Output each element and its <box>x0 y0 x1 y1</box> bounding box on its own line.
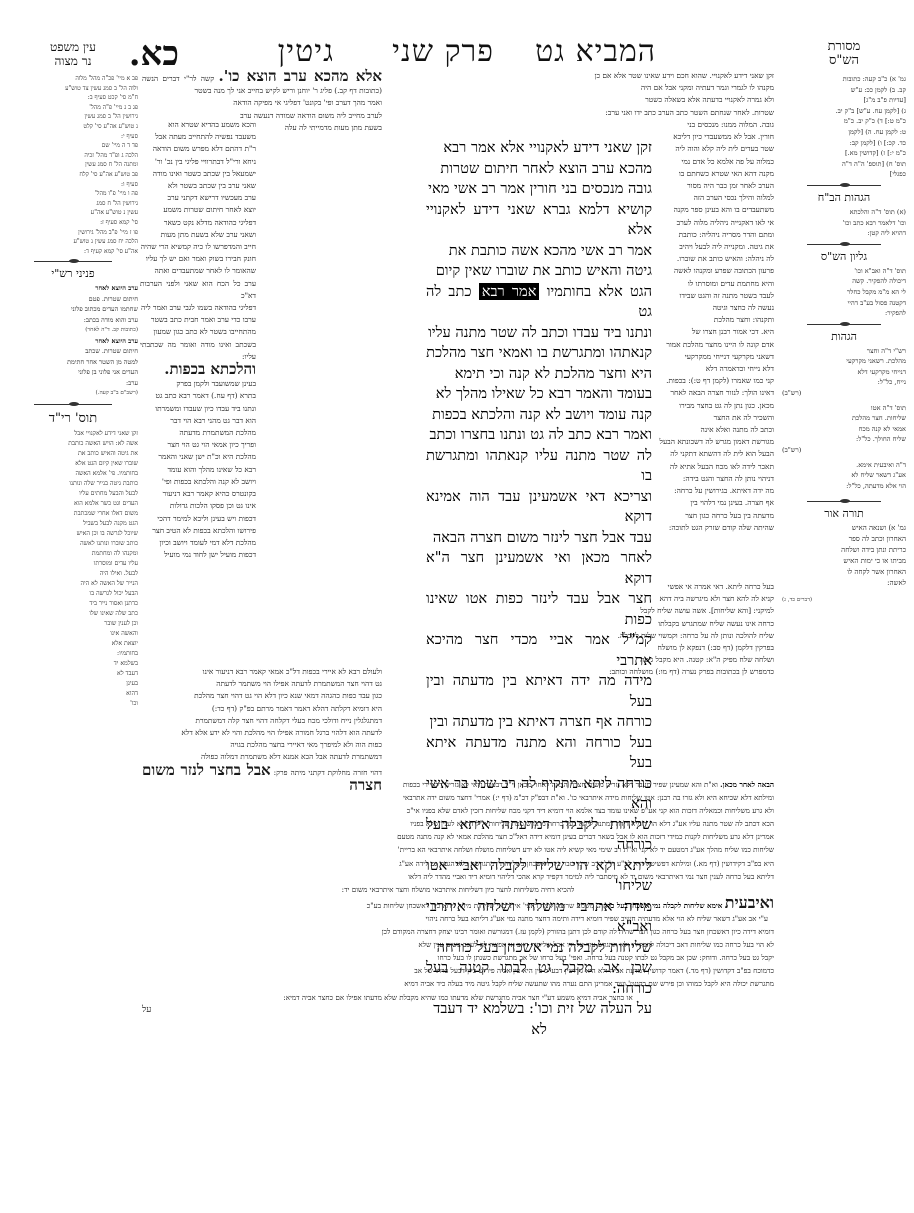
ein-mishpat-line: גירושין הל' ב סמג עשין <box>8 112 138 122</box>
tosafot-rid-line: משום דאלו אחרי שמכתבת <box>8 509 138 519</box>
ornament-divider <box>807 501 881 503</box>
tosafot-line: והכא משמע בהדיא שטרא הוא <box>140 119 256 131</box>
gemara-line: קושיא דלמא גברא שאני דידע לאקנויי אלא <box>426 200 652 241</box>
pninei-rashi-line: למטה מן השטר אחר חתימת <box>8 357 138 368</box>
tosafot-line: מהתחייבו בשטר לא כתב כגון שמעון <box>140 326 256 338</box>
hagahot-line: דנייחי מקרקעי דלא <box>782 367 906 378</box>
tosafot-rid-line: כתב שלה שאינו שלו <box>8 609 138 619</box>
tosafot-line: ערבו כדי ערב ואמר חבית כתב בשטר <box>140 314 256 326</box>
gemara-line: בעל כורחה והא מתנה מדעתה איתא בעל <box>426 733 652 774</box>
ein-mishpat-line: ומתנה הל' ח סמג עשין <box>8 160 138 170</box>
tosafot-line: ר"ת דהתם דלא מפרש משום הודאה <box>140 143 256 155</box>
tosafot-line: מתגרשת יכולה היא לקבל כמוהו וכן פירש שם … <box>142 977 774 990</box>
tractate-name: גיטין <box>278 34 334 69</box>
rashi-line: שהיתה שלה קודם שזרק הגט לתוכה: <box>659 522 774 534</box>
gemara-line: קנאתהו ומתגרשת בו ואמאי חצר מהלכת <box>426 343 652 364</box>
tosafot-line: דפליגי בהודאה בשמו לגבי ערב ואמר ליה <box>140 302 256 314</box>
ein-mishpat-line: ח"מ סי' קכט סעיף ב: <box>8 93 138 103</box>
hagahot-line: מהלכת. רשאני מקרקעי <box>782 356 906 367</box>
ein-mishpat-line: פד ד ה מיי' שם <box>8 141 138 151</box>
hagahot-title: הגהות <box>782 330 906 343</box>
tosafot-rid-line: לבעל והבעל מחתים עליו <box>8 489 138 499</box>
rashi-line: וכתב לה מתנה ואלא אינה <box>659 424 774 436</box>
tosafot-rid-line: כדתנן ואסור נייר ביד <box>8 599 138 609</box>
gemara-line: מהכא ערב הוצא לאחר חיתום שטרות <box>426 159 652 180</box>
tosafot-rid-line: והאשה אינו <box>8 629 138 639</box>
masoret-line: ג) [לקמן עח. ע"ש] ב"ק יב. <box>782 106 906 117</box>
ein-mishpat-line: פג ב ג מיי' פ"ה מהל' <box>8 103 138 113</box>
tosafot-line: אמרינן דלא גרע משליחות לקנות כמידי דזכות… <box>142 830 774 843</box>
tosafot-rid-line: וכן לענין שובר <box>8 619 138 629</box>
tosafot-line: מהלכת המשתמרת מדעתה <box>140 427 256 439</box>
tosafot-line: הבאה לאחר מכאן. וא"ת והא שמעינן שפיר מעב… <box>142 778 774 791</box>
hagahot-line: אמאי לא קנה מכח <box>782 424 906 435</box>
tosafot-rid-line: כותבת גיטה בנייר שלה ונותנו <box>8 479 138 489</box>
tosafot-commentary-full: הבאה לאחר מכאן. וא"ת והא שמעינן שפיר מעב… <box>142 778 774 1017</box>
tosafot-line: לא הוי בעל כרחה כמו שליחות דאב דיכולה לה… <box>142 938 774 951</box>
rashi-line: והיא מחתמת עדים ומוסרתו לו <box>659 278 774 290</box>
torah-or-line: לאשה: <box>782 578 906 589</box>
tosafot-rid-line: שיוכל לגרשה בו וכן האיש <box>8 529 138 539</box>
tosafot-rid-line: ומקנהו לה ומחתמת <box>8 549 138 559</box>
tosafot-line: אינו גט וכן פסקו הלכות גדולות <box>140 500 256 512</box>
tosafot-rid-line: העדים וגט כשר אלמא הוא <box>8 499 138 509</box>
ornament-divider <box>34 404 112 406</box>
tosafot-rid-line: הנייר של האשה לא היה <box>8 579 138 589</box>
ein-mishpat-line: סי' קמא סעיף ז: <box>8 218 138 228</box>
hagahot-habach-title: הגהות הב"ח <box>782 191 906 204</box>
tosafot-line: ושאני ערב שלא בשעת מתן מעות <box>140 229 256 241</box>
rashi-line: כמלוה על פה אלמא כל אדם נמי <box>659 156 774 168</box>
gemara-line: לא <box>426 1020 652 1041</box>
pninei-rashi-line: העדים אני פלוני בן פלוני <box>8 367 138 378</box>
ein-mishpat-list: פב א מיי' פכ"ה מהל' מלוה ולוה הל' ב סמג … <box>8 74 138 256</box>
hagahot-line: שליחות. חצר מהלכת <box>782 413 906 424</box>
ornament-divider <box>34 261 112 263</box>
rashi-line: מקנהו לו לגמרי וגמר דעתיה ומקני אבל אם ה… <box>534 82 774 94</box>
tosafot-rid-line: עליו עדים ומוסרתו <box>8 559 138 569</box>
pninei-rashi-line: ערב: <box>8 378 138 389</box>
rashi-commentary: זקן שאני דידע לאקנויי. שהוא חכם וידע שאי… <box>534 70 774 119</box>
rashi-line: היא. דכי אמור רבנן חצרו של <box>659 326 774 338</box>
ornament-divider <box>807 324 881 326</box>
rashi-line: מה ידה דאיתא. בגירושין על כרחה: <box>659 485 774 497</box>
tosafot-rid-line: דעבד לא <box>8 669 138 679</box>
rashi-line: משתעבדים בו והא בעינן ספר מקנה <box>659 204 774 216</box>
gilyon-title: גליון הש"ס <box>782 250 906 263</box>
gemara-line: ונתנו ביד עבדו וכתב לה שטר מתנה עליו <box>426 323 652 344</box>
rashi-line: מקנה דהא האי שטרא כשחתם בו <box>659 168 774 180</box>
tosafot-line: דפליגי כהודאה מדלא נקט כשאר <box>140 217 256 229</box>
gemara-line: זקן שאני דידע לאקנויי אלא אמר רבא <box>426 138 652 159</box>
pninei-rashi-line: שחתמו העדים מכתוב פלוני <box>8 304 138 315</box>
tosafot-line: ערב כל הכח הוא שאני ולפני הערבות דא"כ <box>140 278 256 302</box>
tosafot-line: שאני ערב בין שכתב בשטר ולא <box>140 180 256 192</box>
tosafot-line: לדעתה הוא דלהוי ברגל חמורה אפילו הוי מהל… <box>142 727 382 739</box>
masoret-line: תוס' ח) [תוספ' ה"ה ד"ה <box>782 159 906 170</box>
tosafot-commentary-bottom: ולעולם רבא לא איירי בכפות דל"כ אמאי קאמר… <box>142 666 382 794</box>
tosafot-rid-line: שוברו שאין קיום הגט אלא <box>8 459 138 469</box>
torah-or-title: תורה אור <box>782 507 906 520</box>
ein-mishpat-line: עשין נ טוש"ע אה"ע <box>8 208 138 218</box>
tosafot-line: שהאומר לו לאחר שמתעבדים ואתה <box>140 265 256 277</box>
gemara-line: גובה מנכסים בני חורין אמר רב אשי מאי <box>426 179 652 200</box>
torah-or-line: מביתו או כי ימות האיש <box>782 556 906 567</box>
rashi-line: דניהוי נותן לה החצר והגט בידה: <box>659 473 774 485</box>
talmud-page: המביא גט פרק שני גיטין כא. מסורת הש"ס גמ… <box>0 0 914 1213</box>
gemara-line: כורחה אף חצרה דאיתא בין מדעתה ובין <box>426 712 652 733</box>
rashi-line: ותקנהו: וחצר מהלכת <box>659 314 774 326</box>
tosafot-rid-line: בחותמיו: <box>8 649 138 659</box>
rashi-line: דלא נייחי וכדאמרה דלא <box>659 363 774 375</box>
hagahot-line: נייח, כל"ל: <box>782 377 906 388</box>
tosafot-line: היא בפ"ב דקידושין (דף מא.) ומילתא דפשיטא… <box>142 857 774 870</box>
gemara-line: גיטה והאיש כותב את שוברו שאין קיום <box>426 261 652 282</box>
ein-mishpat-line: פב א מיי' פכ"ה מהל' מלוה <box>8 74 138 84</box>
chapter-name: המביא גט <box>535 34 656 69</box>
tosafot-line: חונק חבירו בשוק ואמר ואם יש לך עליו <box>140 253 256 265</box>
hagahot-habach-line: (א) תוס' ד"ה והלכתא <box>782 207 906 218</box>
rashi-line: פרעון הכתובה שפרע ומקנהו לאשה <box>659 265 774 277</box>
hagahot-line: רש"י ד"ה וחצר <box>782 346 906 357</box>
gilyon-line: דקטנה פסול בע"ב דהיי <box>782 298 906 309</box>
gilyon-line: להפקיר: <box>782 308 906 319</box>
pninei-rashi-line: חיתום שטרות. פטם <box>8 294 138 305</box>
tosafot-rid-line: וכו' <box>8 699 138 709</box>
tosafot-line: דכפות מועיל ישן לחוד נמי מועיל <box>140 549 256 561</box>
rashi-line: ומתם והדר מסריה ניהליה: כותבת <box>659 229 774 241</box>
ein-mishpat-line: סעיף ו: <box>8 180 138 190</box>
ein-mishpat-line: הלכה ג ופ"ד מהל' זכיה <box>8 151 138 161</box>
tosafot-line: דליתא בעל כרחה לענין חצר נמי דאיתרבאי מש… <box>142 870 774 883</box>
masoret-list: גמ' א) כ"ב קעה: כתובות קב. ב) לקמן ככ: ע… <box>782 74 906 180</box>
tosafot-line: והלכתא בכפות. <box>140 363 256 378</box>
rashi-line: ולא גמרה לאקנויי בדעתה אלא בשאלה כשטר <box>534 94 774 106</box>
tosafot-line: גט דהוי חצר המשתמרת לדעתה אפילו הוי משתמ… <box>142 678 382 690</box>
rashi-line: דשאני מקרקעי דנייחי ממקרקעי <box>659 351 774 363</box>
hagahot-line: (רש"ב) <box>782 388 906 399</box>
tosafot-rid-line: בשלמא יד <box>8 659 138 669</box>
tosafot-line: בקונטרס כהיא קאמר רבא דניעור <box>140 488 256 500</box>
tosafot-heading: הבאה לאחר מכאן. <box>720 780 774 789</box>
tosafot-line: ע"י אב אע"ג דשאר שליח לא הוי אלא מדעתיה … <box>142 912 774 925</box>
tosafot-line: ויושב לא קנה והלכתא בכפות ופי' <box>140 476 256 488</box>
tosafot-line: ונתנו ביד עבדו כיון שעבדו ומשמרתו <box>140 403 256 415</box>
hagahot-line: ד"ה ואיבעית אימא. <box>782 460 906 471</box>
tosafot-line: דמתגלגלין נייח ודולכי מכח בעלי דקלחה דהו… <box>142 715 382 727</box>
tosafot-line: בתרא (דף עח.) דאמר רבא כתב גט <box>140 390 256 402</box>
gilyon-line: דיכולה להפקיר. קשה <box>782 276 906 287</box>
tosafot-line: ערב מעכשיו דרישא דקתני ערב <box>140 192 256 204</box>
hagahot-habach-line: וכו' דלאמר רבא כתב וכו' <box>782 218 906 229</box>
pninei-rashi-line: חיתום שטרות. שכתב <box>8 346 138 357</box>
tosafot-rid-line: את גיטה והאיש כותב את <box>8 449 138 459</box>
ein-mishpat-line: סעיף י: <box>8 132 138 142</box>
ein-mishpat-line: פה ו מיי' פ"ו מהל' <box>8 189 138 199</box>
ein-mishpat-title: עין משפט נר מצוה <box>8 40 138 68</box>
tosafot-line: מהלכת דלא דמי לעומד ויושב וכיון <box>140 537 256 549</box>
rashi-line: אדם קונה לו היינו מחצר מהלכת אמור <box>659 339 774 351</box>
tosafot-line: דומיא דידה כיון דאשכחן חצר בעל כרחה כגון… <box>142 925 774 938</box>
tosafot-rid-title: תוס' רי"ד <box>8 410 138 426</box>
tosafot-line: כדמוכח בפ"ב דקדושין (דף מד.) דאמר קדושין… <box>142 964 774 977</box>
masoret-line: [עדיות פ"ב מ"ג] <box>782 95 906 106</box>
tosafot-line: שליחות כמו שליח מהלך אע"ג דמטעם יד לא קנ… <box>142 843 774 856</box>
rashi-line: הבעל הוא לית לה דהשתא דתקני לה <box>659 448 774 460</box>
hagahot-line: שליח החולך. כל"ל: <box>782 434 906 445</box>
gemara-line: קנה עומד ויושב לא קנה והלכתא בכפות <box>426 405 652 426</box>
ein-mishpat-line: פב טוש"ע אה"ע סי' קלח <box>8 170 138 180</box>
tosafot-line: ולעולם רבא לא איירי בכפות דל"כ אמאי קאמר… <box>142 666 382 678</box>
tosafot-line: להכיא רחיה משליחות לחצר כיון דשליחות אית… <box>142 883 774 896</box>
hagahot-line: (רש"ב) <box>782 445 906 456</box>
rashi-line: תאכר לידה לאו מכח הבעל אתיא לה <box>659 461 774 473</box>
torah-or-line: האחרון אשר לקחה לו <box>782 567 906 578</box>
tosafot-line: היא דומיא דקלתה דהלא דאמר דאמר מרתם בפ"ק… <box>142 703 382 715</box>
masoret-line: כד. קכ:] ו) [לקמן קב: <box>782 138 906 149</box>
gemara-line: אמר רב אשי מהכא אשה כותבת את <box>426 241 652 262</box>
tosafot-rid-line: זקן שאני דידע לאקנויי אבל <box>8 429 138 439</box>
gemara-line: מידה מה ידה דאיתא בין מדעתה ובין בעל <box>426 671 652 712</box>
gemara-line: עבד אבל חצר לינזר משום חצרה הבאה <box>426 528 652 549</box>
gemara-line: היא וחצר מהלכת לא קנה וכי תימא <box>426 364 652 385</box>
tosafot-line: ופריך כיון אמאי הוי גט הוי חצר <box>140 439 256 451</box>
pninei-rashi-line: ערב היוצא לאחר <box>8 283 138 294</box>
gemara-line: קמ"ל אמר אביי מכדי חצר מהיכא אתרבי <box>426 630 652 671</box>
tosafot-line: ואמר מהך דערב ופי' בקונט' דפליגי אי מפיק… <box>142 97 382 109</box>
rashi-line: מכאן. כגון נתן לה גט בחצר מבירו <box>659 400 774 412</box>
rashi-line: למלוה והילך נכסי הערב הזה <box>659 192 774 204</box>
tosafot-line: משעבד נפשיה להתחייב מעתה אבל <box>140 131 256 143</box>
pninei-rashi-ref: (כתובות קב. ד"ה לאחר) <box>8 325 138 336</box>
pninei-rashi-line: ערב והוא מודה בכתב: <box>8 315 138 326</box>
tosafot-rid-line: הבעל יכול לגרשה בו <box>8 589 138 599</box>
hagahot-line: אע"ג דשאר שליח לא <box>782 470 906 481</box>
gemara-line: הגט אלא בחותמיו אמר רבא כתב לה גט <box>426 282 652 323</box>
rashi-line: מדעתה בין בעל כרחה כגון חצר <box>659 510 774 522</box>
tosafot-rid-line: הגט מקנה לבעל בשביל <box>8 519 138 529</box>
masoret-line: גמ' א) כ"ב קעה: כתובות <box>782 74 906 85</box>
ornament-divider <box>807 244 881 246</box>
masoret-line: כ"מ ט:] ד) כ"ק יב. כ"מ <box>782 116 906 127</box>
rashi-line: גובה. המלוה ממנו: מנכסים בני <box>659 119 774 131</box>
ein-mishpat-line: נ טוש"ע אה"ע סי' קלט <box>8 122 138 132</box>
rashi-line: את גיטה. ומקנייה ליה לבעל ויהיב <box>659 241 774 253</box>
rashi-line: אי לאו דאקנייה ניהליה מלוה לערב <box>659 217 774 229</box>
tosafot-line: כפות הוה ולא למיפרך מאי דאיירי בחצר מהלכ… <box>142 739 382 751</box>
masoret-line: ט: לקמן עח. ה) [לקמן <box>782 127 906 138</box>
tosafot-line: פירושו והלכתא בכפות לא הטיב חצר <box>140 525 256 537</box>
tosafot-line: ולא גרע משליחות וכמאליה דזכות הוא קני אע… <box>142 804 774 817</box>
rashi-line: קני כמו שאמרו (לקמן דף ט:): בכפות. <box>659 375 774 387</box>
gemara-line: לאחר מכאן ואי אשמעינן חצר ה"א דוקא <box>426 548 652 589</box>
tosafot-line: בעינן שמשועבד ולקמן בפרק <box>140 378 256 390</box>
tosafot-rid-line: כותב שוברו ונותנו לאשה <box>8 539 138 549</box>
ein-mishpat-line: אה"ע סי' קמא קעיף ד: <box>8 247 138 257</box>
tosafot-rid-line: יוצאת אלא <box>8 639 138 649</box>
gilyon-line: תוס' ד"ה ואב"א וכו' <box>782 266 906 277</box>
tosafot-line: ואיבעית אימא שליחות לקבלה נמי אשכחן בעל … <box>142 896 774 912</box>
pninei-rashi-title: פניני רש"י <box>8 267 138 280</box>
tosafot-line: אלא מהכא ערב הוצא כו'. קשה לר"י דברים הנ… <box>142 70 382 97</box>
left-margin: עין משפט נר מצוה פב א מיי' פכ"ה מהל' מלו… <box>8 40 138 709</box>
right-margin: מסורת הש"ס גמ' א) כ"ב קעה: כתובות קב. ב)… <box>782 40 906 606</box>
gemara-line: ואמר רבא כתב לה גט ונתנו בחצרו וכתב <box>426 425 652 446</box>
hagahot-line: הוי אלא מדעתה, כל"ל: <box>782 481 906 492</box>
chapter-label: פרק שני <box>392 34 494 69</box>
tosafot-line: רבא כל שאינו מהלך והוא עומד <box>140 464 256 476</box>
tosafot-line: מהלכת היא וכ"ת ישן שאני והאמר <box>140 451 256 463</box>
tosafot-opening: אלא מהכא ערב הוצא כו'. <box>219 67 382 85</box>
pninei-rashi-ref: (רשב"ם ב"ב קעה.) <box>8 388 138 399</box>
masoret-line: קב. ב) לקמן ככ: ע"ש <box>782 85 906 96</box>
rashi-line: והשכיר לה את החצר <box>659 412 774 424</box>
highlighted-phrase[interactable]: אמר רבא <box>479 283 540 300</box>
tosafot-line: דכפות ויש בעינן וליכא למימר דהכי <box>140 513 256 525</box>
rashi-line: מגורשת דאמון מגרש לה דשכונתא הבעל <box>659 436 774 448</box>
tosafot-line: כגון עבד כפות כהגהה דמאי שנא כיון דלא הו… <box>142 690 382 702</box>
tosafot-line: ניחא ורי"ל דבתרוויי פליגי בין נכ' ור' <box>140 156 256 168</box>
gemara-line: חצר אבל עבד לינזר כפות אטו שאינו כפות <box>426 589 652 630</box>
ein-mishpat-line: הלכה יח סמג עשין נ טוש"ע <box>8 237 138 247</box>
tosafot-rid-line: אשה לא: הויש האשה כותבת <box>8 439 138 449</box>
rashi-line: לה ניהלה: והאיש כותב את שוברו. <box>659 253 774 265</box>
rashi-line: הערב לאחר זמן כבר היה מסור <box>659 180 774 192</box>
tosafot-line: יוצא לאחר חיתום שטרות משמע <box>140 204 256 216</box>
torah-or-line: כריתת ונתן בידה ושלחה <box>782 545 906 556</box>
rashi-line: שטרות. לאחר שנחתם השטר כתב הערב כתב ידו … <box>534 107 774 119</box>
tosafot-rid-line: בחותמיו. פי' אלמא האשה <box>8 469 138 479</box>
rashi-line: לעבד בשטר מתנה זה והגט שבידו <box>659 290 774 302</box>
gemara-line: וצריכא דאי אשמעינן עבד הוה אמינא דוקא <box>426 487 652 528</box>
tosafot-dibbur-hamatchil: והלכתא בכפות. <box>164 360 256 378</box>
torah-or-line: האחרון וכתב לה ספר <box>782 534 906 545</box>
rashi-line: נעשה לה כחצר וגיטה <box>659 302 774 314</box>
pninei-rashi-line: ערב היוצא לאחר <box>8 336 138 347</box>
rashi-commentary-narrow: גובה. המלוה ממנו: מנכסים בני חורין. אבל … <box>659 119 774 534</box>
tosafot-line: חייב והמדפרשו לו כיה קמשיא הרי שהיה <box>140 241 256 253</box>
gilyon-line: לי הא מ"מ מקבל כחלר <box>782 287 906 298</box>
gemara-line: בעומד והאמר רבא כל שאילו מהלך לא <box>426 384 652 405</box>
rashi-line: דאינו הולך: לנזור חצרה הבאה לאחר <box>659 387 774 399</box>
tosafot-heading: ואיבעית <box>725 893 774 912</box>
ein-mishpat-line: ולוה הל' ב סמג עשין צד טוש"ע <box>8 84 138 94</box>
hagahot-line: תוס' ד"ה אטו <box>782 403 906 414</box>
ornament-divider <box>807 185 881 187</box>
tosafot-line: הוא דבר גט מהני רבא הוי דבר <box>140 415 256 427</box>
tosafot-line: ומילתא דלא שכיחא היא ולא גזרו בה רבנן: א… <box>142 791 774 804</box>
ein-mishpat-line: פו ז מיי' פ"ב מהל' גירושין <box>8 228 138 238</box>
torah-or-line: גמ' א) ושנאה האיש <box>782 523 906 534</box>
ein-mishpat-line: גירושין הל' ח סמג <box>8 199 138 209</box>
tosafot-line: הכא דכתב לה שטר מתנה עליו אע"ג דלא הוי ד… <box>142 817 774 830</box>
rashi-line: שטר בעדים לית ליה קלא והוה ליה <box>659 143 774 155</box>
tosafot-line: או כחצר אביה דמיא משמע דע"י חצר אביה מתג… <box>142 991 774 1004</box>
tosafot-commentary-narrow: והכא משמע בהדיא שטרא הוא משעבד נפשיה להת… <box>140 119 256 561</box>
masoret-title: מסורת הש"ס <box>782 40 906 68</box>
rashi-line: אף חצרה. בעינן נמי דלהוי בין <box>659 497 774 509</box>
rashi-line: זקן שאני דידע לאקנויי. שהוא חכם וידע שאי… <box>534 70 774 82</box>
tosafot-rid-line: בעינן <box>8 679 138 689</box>
tosafot-line: יקבל גט בעל כרחה. ודוחק: שכן אב מקבל גט … <box>142 951 774 964</box>
tosafot-rid-line: דהוא <box>8 689 138 699</box>
torah-or-ref: (דברים כד, ג) <box>782 595 906 606</box>
masoret-line: כפגלי] <box>782 169 906 180</box>
masoret-line: כ"מ י:] ז) [קדושין מא.] <box>782 148 906 159</box>
tosafot-line: ישמעאל בין שכתב כשטר ואינו מודה <box>140 168 256 180</box>
gemara-line: לה שטר מתנה עליו קנאתהו ומתגרשת בו <box>426 446 652 487</box>
tosafot-rid-line: לבעל. ואילו היה <box>8 569 138 579</box>
rashi-line: חורין. אבל לא ממשעבדי כיון דליכא <box>659 131 774 143</box>
hagahot-habach-line: דהויא ליה קטן: <box>782 228 906 239</box>
catchword: על <box>142 1004 774 1017</box>
